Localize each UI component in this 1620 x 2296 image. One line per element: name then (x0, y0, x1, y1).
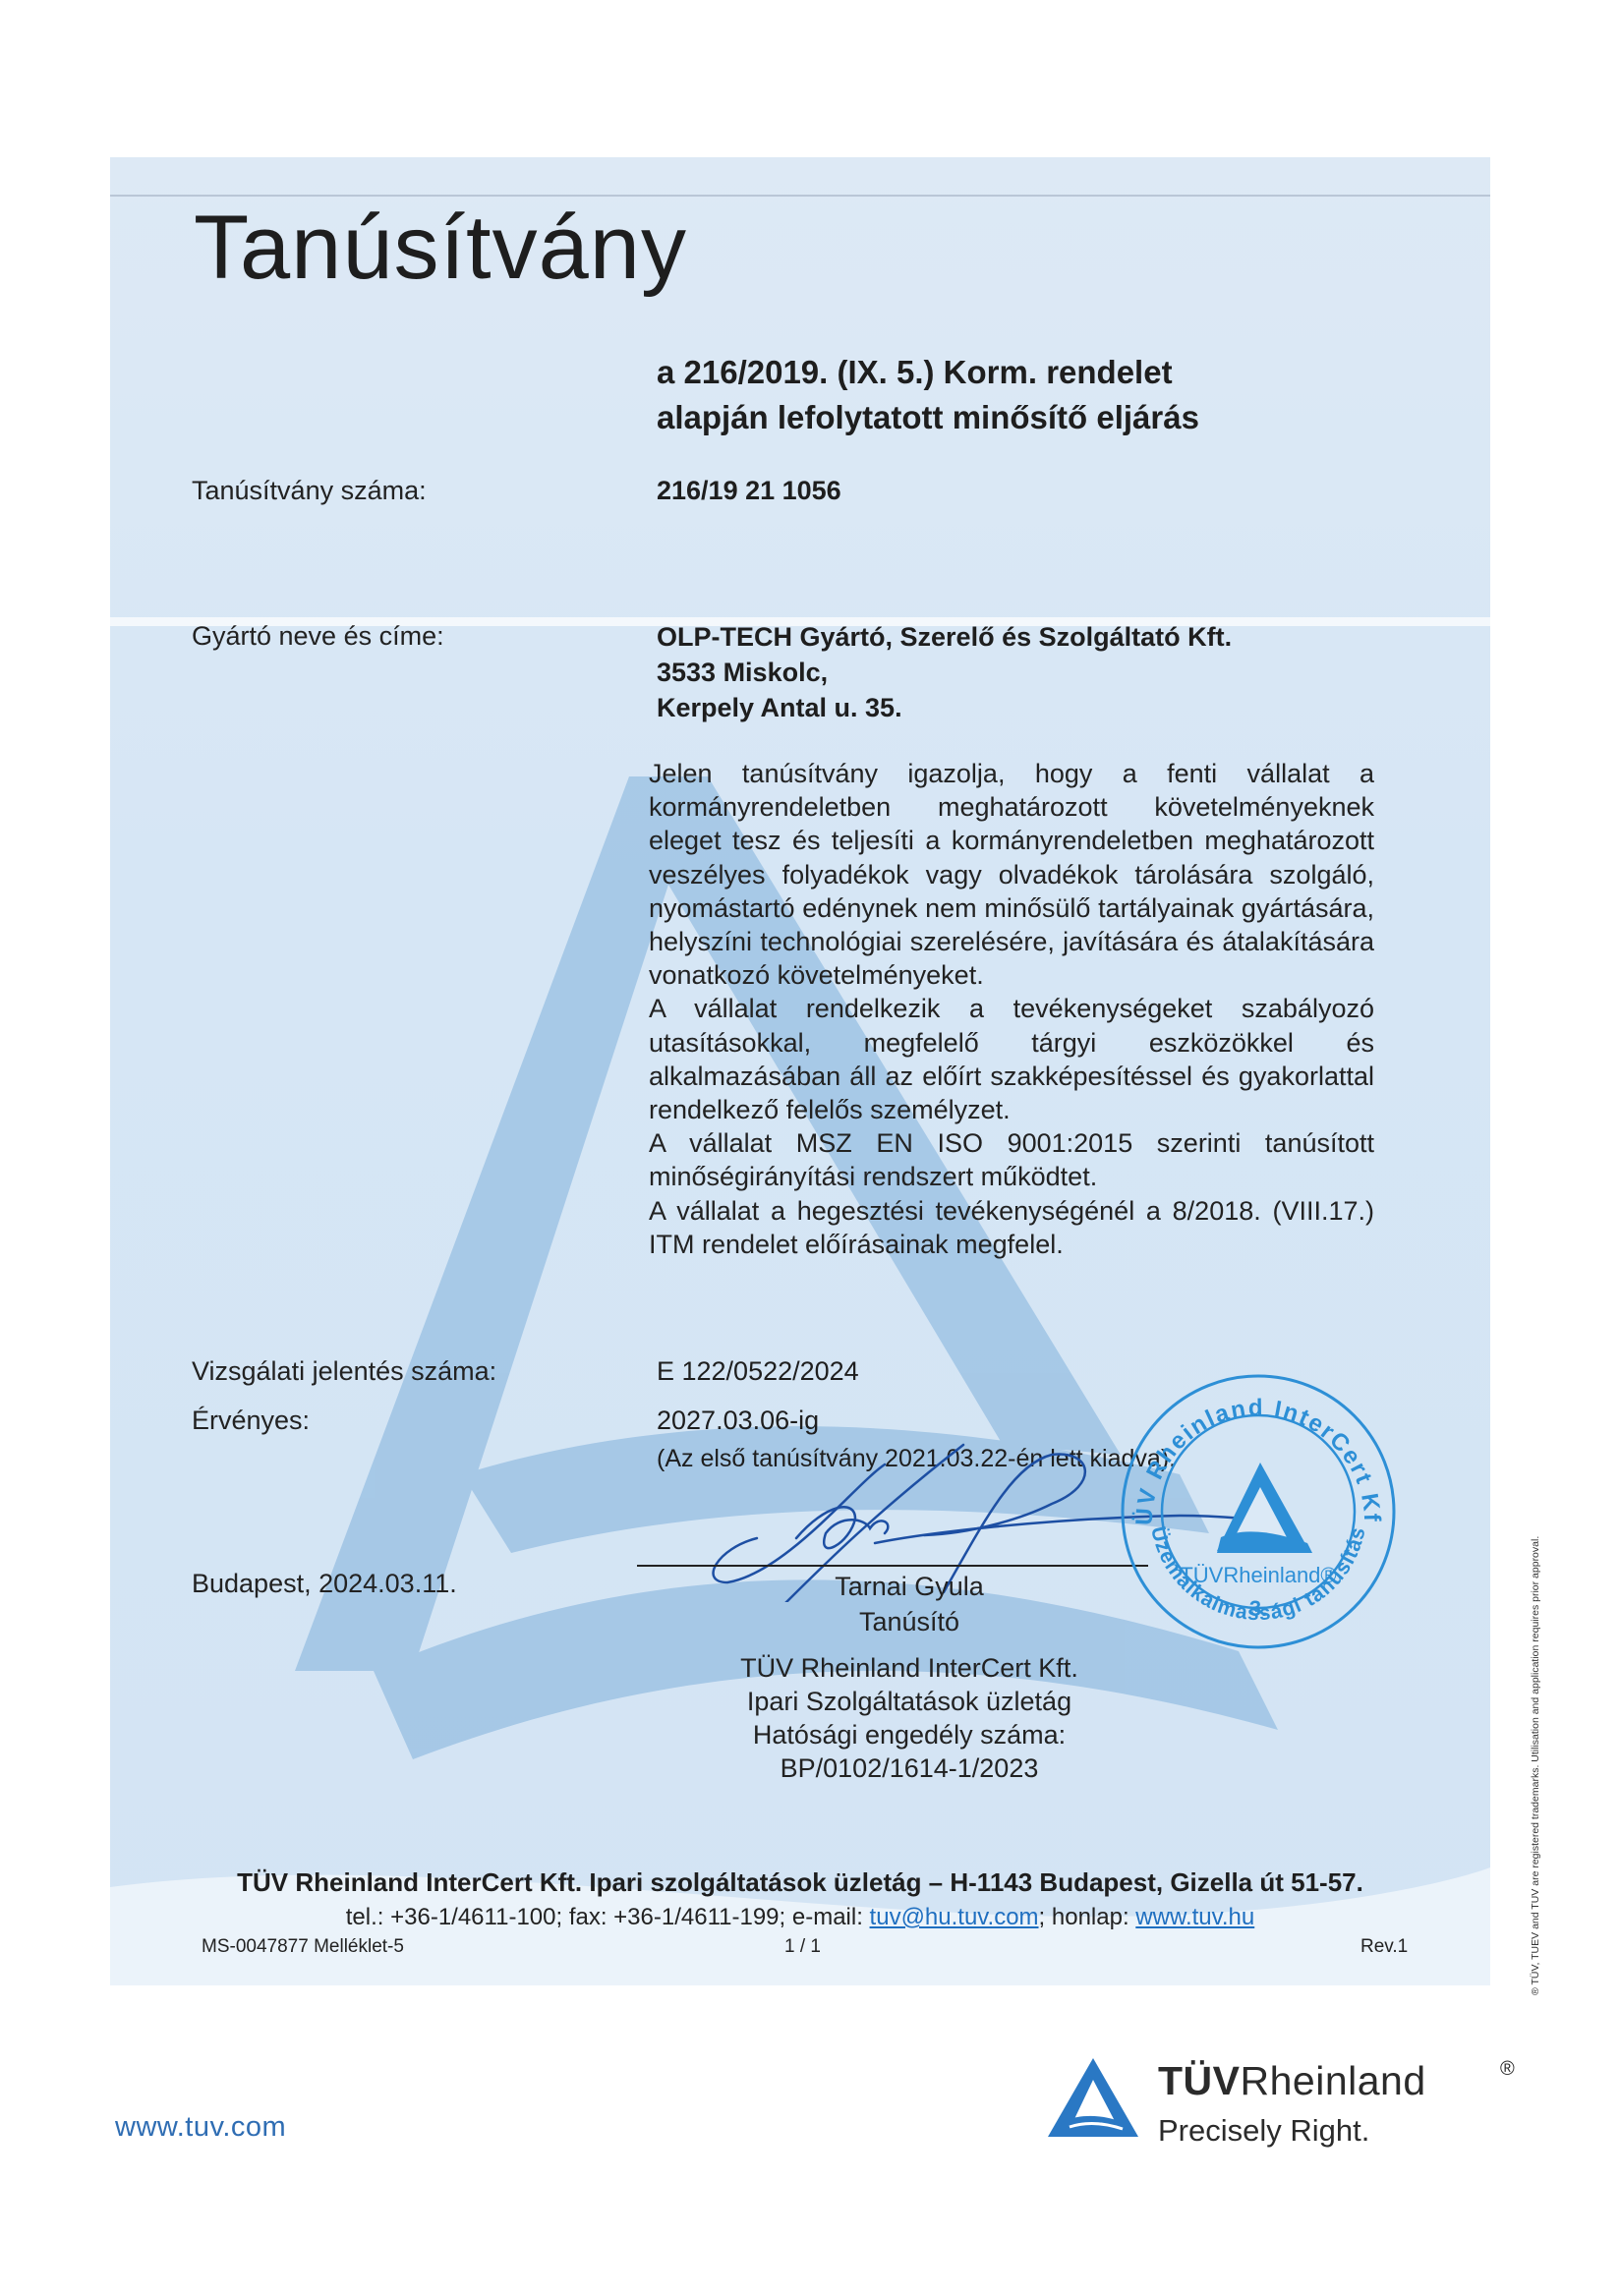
subtitle-line-1: a 216/2019. (IX. 5.) Korm. rendelet (657, 350, 1199, 395)
issuer-division: Ipari Szolgáltatások üzletág (639, 1685, 1180, 1718)
manufacturer-label: Gyártó neve és címe: (192, 621, 444, 652)
page-number: 1 / 1 (784, 1936, 821, 1958)
svg-text:TÜVRheinland®: TÜVRheinland® (1180, 1563, 1336, 1587)
manufacturer-block: OLP-TECH Gyártó, Szerelő és Szolgáltató … (657, 619, 1232, 725)
certificate-number: 216/19 21 1056 (657, 476, 841, 506)
logo-tuv: TÜV (1158, 2058, 1241, 2103)
document-subtitle: a 216/2019. (IX. 5.) Korm. rendelet alap… (657, 350, 1199, 440)
place-date: Budapest, 2024.03.11. (192, 1569, 457, 1599)
form-code: MS-0047877 Melléklet-5 (202, 1936, 404, 1958)
statement-paragraph: Jelen tanúsítvány igazolja, hogy a fenti… (649, 757, 1374, 992)
signer-block: Tarnai Gyula Tanúsító (639, 1569, 1180, 1639)
footer-company-line: TÜV Rheinland InterCert Kft. Ipari szolg… (110, 1867, 1490, 1898)
issuer-block: TÜV Rheinland InterCert Kft. Ipari Szolg… (639, 1651, 1180, 1785)
report-number: E 122/0522/2024 (657, 1356, 859, 1387)
license-label: Hatósági engedély száma: (639, 1718, 1180, 1751)
contact-prefix: tel.: +36-1/4611-100; fax: +36-1/4611-19… (346, 1904, 870, 1930)
revision: Rev.1 (1360, 1936, 1408, 1958)
valid-label: Érvényes: (192, 1406, 310, 1436)
tagline: Precisely Right. (1158, 2113, 1369, 2149)
manufacturer-street: Kerpely Antal u. 35. (657, 690, 1232, 725)
tuv-rheinland-logo: TÜVRheinland (1158, 2058, 1426, 2104)
certificate-number-label: Tanúsítvány száma: (192, 476, 427, 506)
manufacturer-name: OLP-TECH Gyártó, Szerelő és Szolgáltató … (657, 619, 1232, 655)
report-number-label: Vizsgálati jelentés száma: (192, 1356, 496, 1387)
contact-mid: ; honlap: (1039, 1904, 1136, 1930)
website-link[interactable]: www.tuv.com (115, 2111, 286, 2144)
subtitle-line-2: alapján lefolytatott minősítő eljárás (657, 395, 1199, 440)
manufacturer-city: 3533 Miskolc, (657, 655, 1232, 690)
logo-rheinland: Rheinland (1241, 2058, 1426, 2103)
document-title: Tanúsítvány (194, 197, 687, 300)
email-link[interactable]: tuv@hu.tuv.com (870, 1904, 1039, 1930)
issuer-name: TÜV Rheinland InterCert Kft. (639, 1651, 1180, 1685)
signer-name: Tarnai Gyula (639, 1569, 1180, 1604)
trademark-note: ® TÜV, TUEV and TUV are registered trade… (1530, 1288, 1541, 1995)
statement-paragraph: A vállalat a hegesztési tevékenységénél … (649, 1194, 1374, 1261)
statement-paragraph: A vállalat MSZ EN ISO 9001:2015 szerinti… (649, 1126, 1374, 1193)
license-number: BP/0102/1614-1/2023 (639, 1751, 1180, 1785)
statement-paragraph: A vállalat rendelkezik a tevékenységeket… (649, 992, 1374, 1126)
svg-text:3.: 3. (1249, 1596, 1267, 1621)
official-stamp-icon: TÜV Rheinland InterCert Kft. Üzemalkalma… (1111, 1364, 1406, 1659)
signature-line (637, 1565, 1148, 1567)
tuv-logo-triangle-icon (1044, 2058, 1142, 2139)
certificate-statement: Jelen tanúsítvány igazolja, hogy a fenti… (649, 757, 1374, 1261)
homepage-link[interactable]: www.tuv.hu (1135, 1904, 1254, 1930)
registered-mark: ® (1500, 2058, 1515, 2081)
footer-contact-line: tel.: +36-1/4611-100; fax: +36-1/4611-19… (110, 1904, 1490, 1931)
signer-role: Tanúsító (639, 1604, 1180, 1639)
